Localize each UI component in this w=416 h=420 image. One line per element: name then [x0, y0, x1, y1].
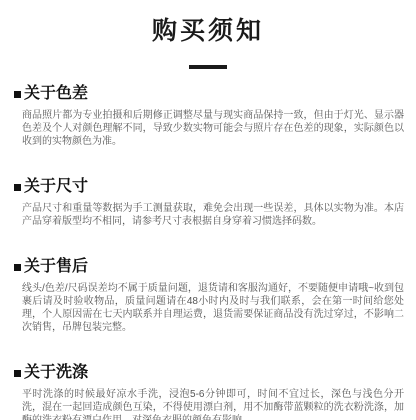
section-body-text: 平时洗涤的时候最好凉水手洗，浸泡5-6分钟即可，时间不宜过长，深色与浅色分开洗，… — [22, 388, 404, 420]
section-after-sales: 关于售后 线头/色差/尺码误差均不属于质量问题，退货请和客服沟通好，不要随便申请… — [14, 257, 404, 334]
section-heading: 关于尺寸 — [14, 177, 404, 197]
page-title: 购买须知 — [0, 16, 416, 46]
square-bullet-icon — [14, 370, 21, 377]
section-heading: 关于色差 — [14, 84, 404, 104]
section-heading: 关于洗涤 — [14, 363, 404, 383]
title-divider — [189, 65, 227, 69]
square-bullet-icon — [14, 91, 21, 98]
section-size: 关于尺寸 产品尺寸和重量等数据为手工测量获取，难免会出现一些误差，具体以实物为准… — [14, 177, 404, 228]
section-color-difference: 关于色差 商品照片都为专业拍摄和后期修正调整尽量与现实商品保持一致，但由于灯光、… — [14, 84, 404, 148]
purchase-notice-page: 购买须知 关于色差 商品照片都为专业拍摄和后期修正调整尽量与现实商品保持一致，但… — [0, 0, 416, 420]
section-heading-label: 关于洗涤 — [24, 363, 88, 383]
square-bullet-icon — [14, 264, 21, 271]
section-heading-label: 关于售后 — [24, 257, 88, 277]
square-bullet-icon — [14, 184, 21, 191]
section-body-text: 产品尺寸和重量等数据为手工测量获取，难免会出现一些误差，具体以实物为准。本店产品… — [22, 202, 404, 228]
section-heading-label: 关于色差 — [24, 84, 88, 104]
section-heading-label: 关于尺寸 — [24, 177, 88, 197]
section-washing: 关于洗涤 平时洗涤的时候最好凉水手洗，浸泡5-6分钟即可，时间不宜过长，深色与浅… — [14, 363, 404, 420]
section-heading: 关于售后 — [14, 257, 404, 277]
section-body-text: 线头/色差/尺码误差均不属于质量问题，退货请和客服沟通好，不要随便申请哦~收到包… — [22, 282, 404, 334]
section-body-text: 商品照片都为专业拍摄和后期修正调整尽量与现实商品保持一致，但由于灯光、显示器色差… — [22, 109, 404, 148]
